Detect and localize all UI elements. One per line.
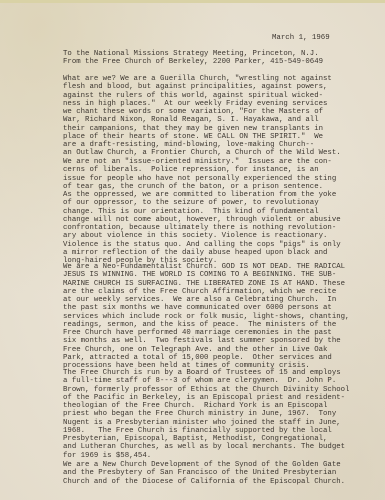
paragraph-neo-fundamentalist: We are a Neo-Fundamentalist Church. GOD … [63,263,378,370]
paragraph-line: What are we? We are a Guerilla Church, "… [63,75,378,83]
paragraph-line: are the claims of the Free Church Affirm… [63,288,378,296]
paragraph-line: six months as well. Two festivals last s… [63,337,378,345]
paragraph-line: flesh and blood, but against principalit… [63,83,378,91]
paragraph-line: We are a Neo-Fundamentalist Church. GOD … [63,263,378,271]
paragraph-new-church-development: We are a New Church Development of the S… [63,461,378,486]
paragraph-line: JESUS IS WINNING. THE WORLD IS COMING TO… [63,271,378,279]
paragraph-line: Church and of the Diocese of California … [63,478,378,486]
paragraph-line: 1968. The Free Church is financially sup… [63,427,378,435]
paragraph-board-of-trustees: The Free Church is run by a Board of Tru… [63,369,378,460]
paragraph-line: a mirror reflection of the daily abuse h… [63,249,378,257]
paragraph-line: Brown, formerly professor of Ethics at t… [63,386,378,394]
paragraph-line: ary about violence in this society. Viol… [63,232,378,240]
paragraph-guerilla-church: What are we? We are a Guerilla Church, "… [63,75,378,158]
letter-date: March 1, 1969 [272,34,330,42]
paragraph-line: We are not an "issue-oriented ministry."… [63,158,378,166]
paragraph-line: the past six months we have communicated… [63,304,378,312]
paragraph-line: readings, sermon, and the kiss of peace.… [63,321,378,329]
paragraph-line: of tear gas, the crunch of the baton, or… [63,183,378,191]
paragraph-line: a full-time staff of 8---3 of whom are c… [63,377,378,385]
paragraph-line: place of their hearts of stone. WE CALL … [63,133,378,141]
paragraph-line: their campanions, that they may be given… [63,125,378,133]
paragraph-line: Presbyterian, Episcopal, Baptist, Method… [63,435,378,443]
paragraph-line: of our oppressor, to the seizure of powe… [63,199,378,207]
paragraph-line: theologian of the Free Church. Richard Y… [63,402,378,410]
paragraph-line: Park, attracted a total of 15,000 people… [63,354,378,362]
paragraph-line: issue for people who have not personally… [63,175,378,183]
paragraph-line: change will not come about, however, thr… [63,216,378,224]
paragraph-line: We are a New Church Development of the S… [63,461,378,469]
paragraph-line: Free Church, one on Telegraph Ave. and t… [63,346,378,354]
paragraph-line: at our weekly services. We are also a Ce… [63,296,378,304]
paragraph-line: we chant these words or some variation, … [63,108,378,116]
paragraph-line: cerns of liberals. Police repression, fo… [63,166,378,174]
paragraph-line: ness in high places." At our weekly Frid… [63,100,378,108]
paragraph-line: of the Pacific in Berkeley, is an Episco… [63,394,378,402]
header-line: From the Free Church of Berkeley, 2200 P… [63,58,378,66]
paragraph-line: confrontation, because ultimately there … [63,224,378,232]
paragraph-line: against the rulers of this world, agains… [63,92,378,100]
paragraph-line: Violence is the status quo. And calling … [63,241,378,249]
letter-header: To the National Missions Strategy Meetin… [63,50,378,67]
paragraph-line: and Lutheran Churches, as well as by loc… [63,443,378,451]
paragraph-line: services which include rock or folk musi… [63,313,378,321]
paragraph-line: priest who began the Free Church ministr… [63,410,378,418]
header-line: To the National Missions Strategy Meetin… [63,50,378,58]
paragraph-line: The Free Church is run by a Board of Tru… [63,369,378,377]
paragraph-issue-oriented: We are not an "issue-oriented ministry."… [63,158,378,265]
paragraph-line: and the Presbytery of San Francisco of t… [63,469,378,477]
paragraph-line: MARINE CHURCH IS SURFACING. THE LIBERATE… [63,280,378,288]
paragraph-line: change. This is our orientation. This ki… [63,208,378,216]
paragraph-line: Free Church have performed 40 marriage c… [63,329,378,337]
paragraph-line: As the oppressed, we are committed to li… [63,191,378,199]
paragraph-line: for 1969 is $58,454. [63,452,378,460]
paragraph-line: Nugent is a Presbyterian minister who jo… [63,419,378,427]
paragraph-line: are a draft-resisting, mind-blowing, lov… [63,141,378,149]
paragraph-line: an Outlaw Church, a Frontier Church, a C… [63,149,378,157]
typewritten-letter-page: March 1, 1969 To the National Missions S… [0,0,385,500]
paragraph-line: War, Richard Nixon, Ronald Reagan, S. I.… [63,116,378,124]
